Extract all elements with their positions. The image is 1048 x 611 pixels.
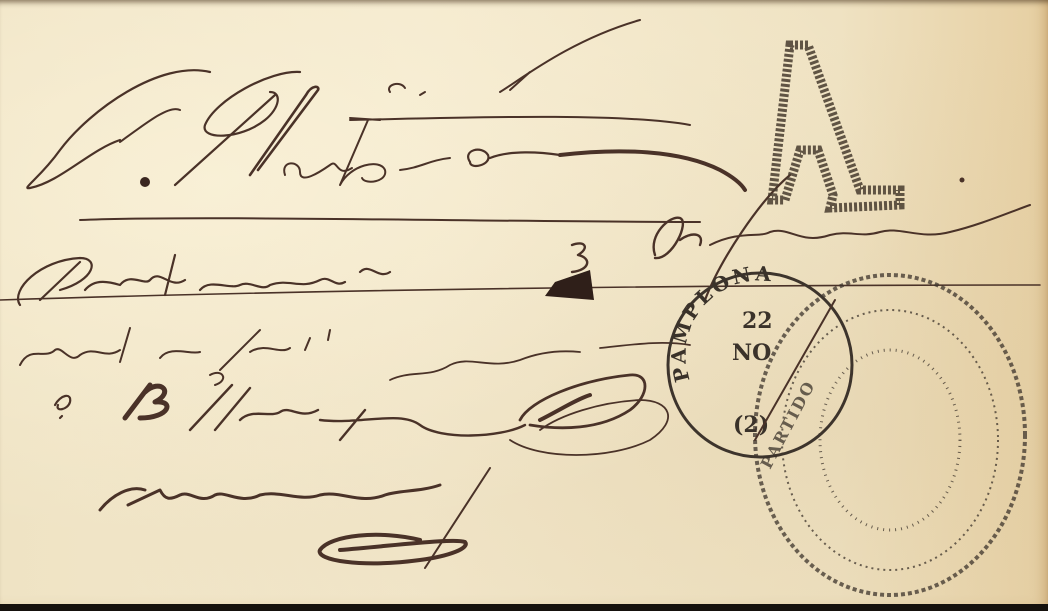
fold-ink-line — [0, 285, 1040, 300]
address-underline-2 — [80, 218, 700, 222]
oval-seal-cachet: PARTIDO — [755, 275, 1025, 595]
pamplona-datestamp: PAMPLONA 22 NO (2) — [667, 261, 852, 457]
honorific-above — [389, 20, 640, 95]
svg-text:22: 22 — [742, 308, 773, 334]
address-underline-1 — [350, 117, 690, 125]
number-mark — [572, 243, 587, 272]
svg-text:A: A — [0, 0, 12, 4]
address-line-1 — [27, 70, 745, 190]
ink-blot — [545, 270, 594, 300]
signature — [100, 468, 490, 568]
ink-dot — [140, 177, 150, 187]
endorsement-flourish — [510, 375, 668, 455]
charge-mark-A: A — [0, 0, 900, 208]
letter-artwork: A PAMPLONA 22 NO (2) — [0, 0, 1048, 611]
svg-text:NO: NO — [732, 340, 771, 366]
